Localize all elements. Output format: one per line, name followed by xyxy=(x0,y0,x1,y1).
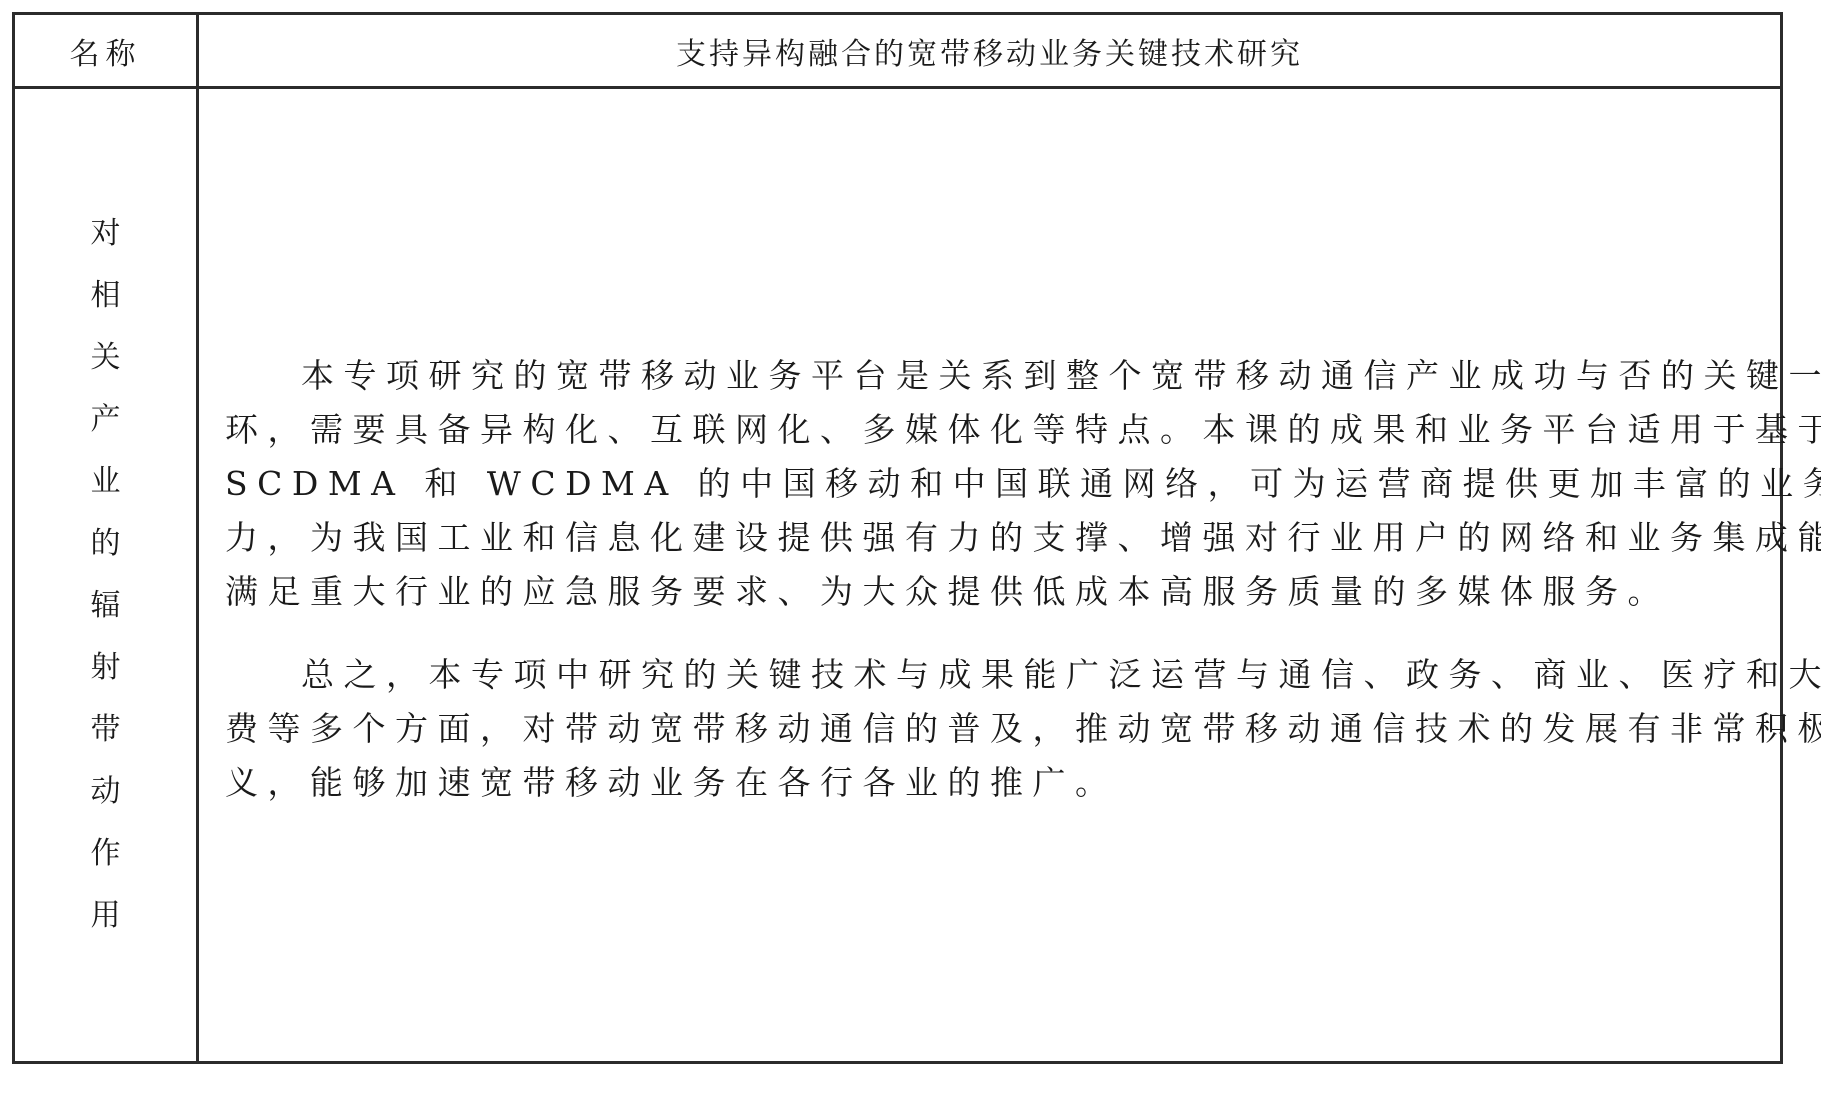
label-char: 相 xyxy=(91,265,121,327)
text-line: 满足重大行业的应急服务要求、为大众提供低成本高服务质量的多媒体服务。 xyxy=(225,565,1765,619)
section-label-vertical: 对 相 关 产 业 的 辐 射 带 动 作 用 xyxy=(15,89,196,1061)
content-cell: 本专项研究的宽带移动业务平台是关系到整个宽带移动通信产业成功与否的关键一 环，需… xyxy=(199,89,1780,1061)
label-char: 的 xyxy=(91,513,121,575)
label-char: 辐 xyxy=(91,575,121,637)
label-char: 用 xyxy=(91,885,121,947)
paragraph-2: 总之，本专项中研究的关键技术与成果能广泛运营与通信、政务、商业、医疗和大众消 费… xyxy=(225,648,1765,810)
text-line: 本专项研究的宽带移动业务平台是关系到整个宽带移动通信产业成功与否的关键一 xyxy=(225,349,1765,403)
document-table: 名称 支持异构融合的宽带移动业务关键技术研究 对 相 关 产 业 的 辐 射 带… xyxy=(12,12,1783,1064)
label-char: 产 xyxy=(91,389,121,451)
label-char: 业 xyxy=(91,451,121,513)
text-line: 义，能够加速宽带移动业务在各行各业的推广。 xyxy=(225,756,1765,810)
label-char: 关 xyxy=(91,327,121,389)
name-label: 名称 xyxy=(15,15,196,86)
project-title: 支持异构融合的宽带移动业务关键技术研究 xyxy=(199,15,1780,86)
text-line: 力，为我国工业和信息化建设提供强有力的支撑、增强对行业用户的网络和业务集成能力， xyxy=(225,511,1765,565)
text-line: 费等多个方面，对带动宽带移动通信的普及，推动宽带移动通信技术的发展有非常积极的意 xyxy=(225,702,1765,756)
text-line: 环，需要具备异构化、互联网化、多媒体化等特点。本课的成果和业务平台适用于基于 T… xyxy=(225,403,1765,457)
label-char: 带 xyxy=(91,699,121,761)
text-line: SCDMA 和 WCDMA 的中国移动和中国联通网络，可为运营商提供更加丰富的业… xyxy=(225,457,1765,511)
label-char: 对 xyxy=(91,203,121,265)
header-row: 名称 支持异构融合的宽带移动业务关键技术研究 xyxy=(15,15,1780,89)
label-char: 射 xyxy=(91,637,121,699)
text-line: 总之，本专项中研究的关键技术与成果能广泛运营与通信、政务、商业、医疗和大众消 xyxy=(225,648,1765,702)
label-char: 作 xyxy=(91,823,121,885)
paragraph-1: 本专项研究的宽带移动业务平台是关系到整个宽带移动通信产业成功与否的关键一 环，需… xyxy=(225,349,1765,619)
label-char: 动 xyxy=(91,761,121,823)
